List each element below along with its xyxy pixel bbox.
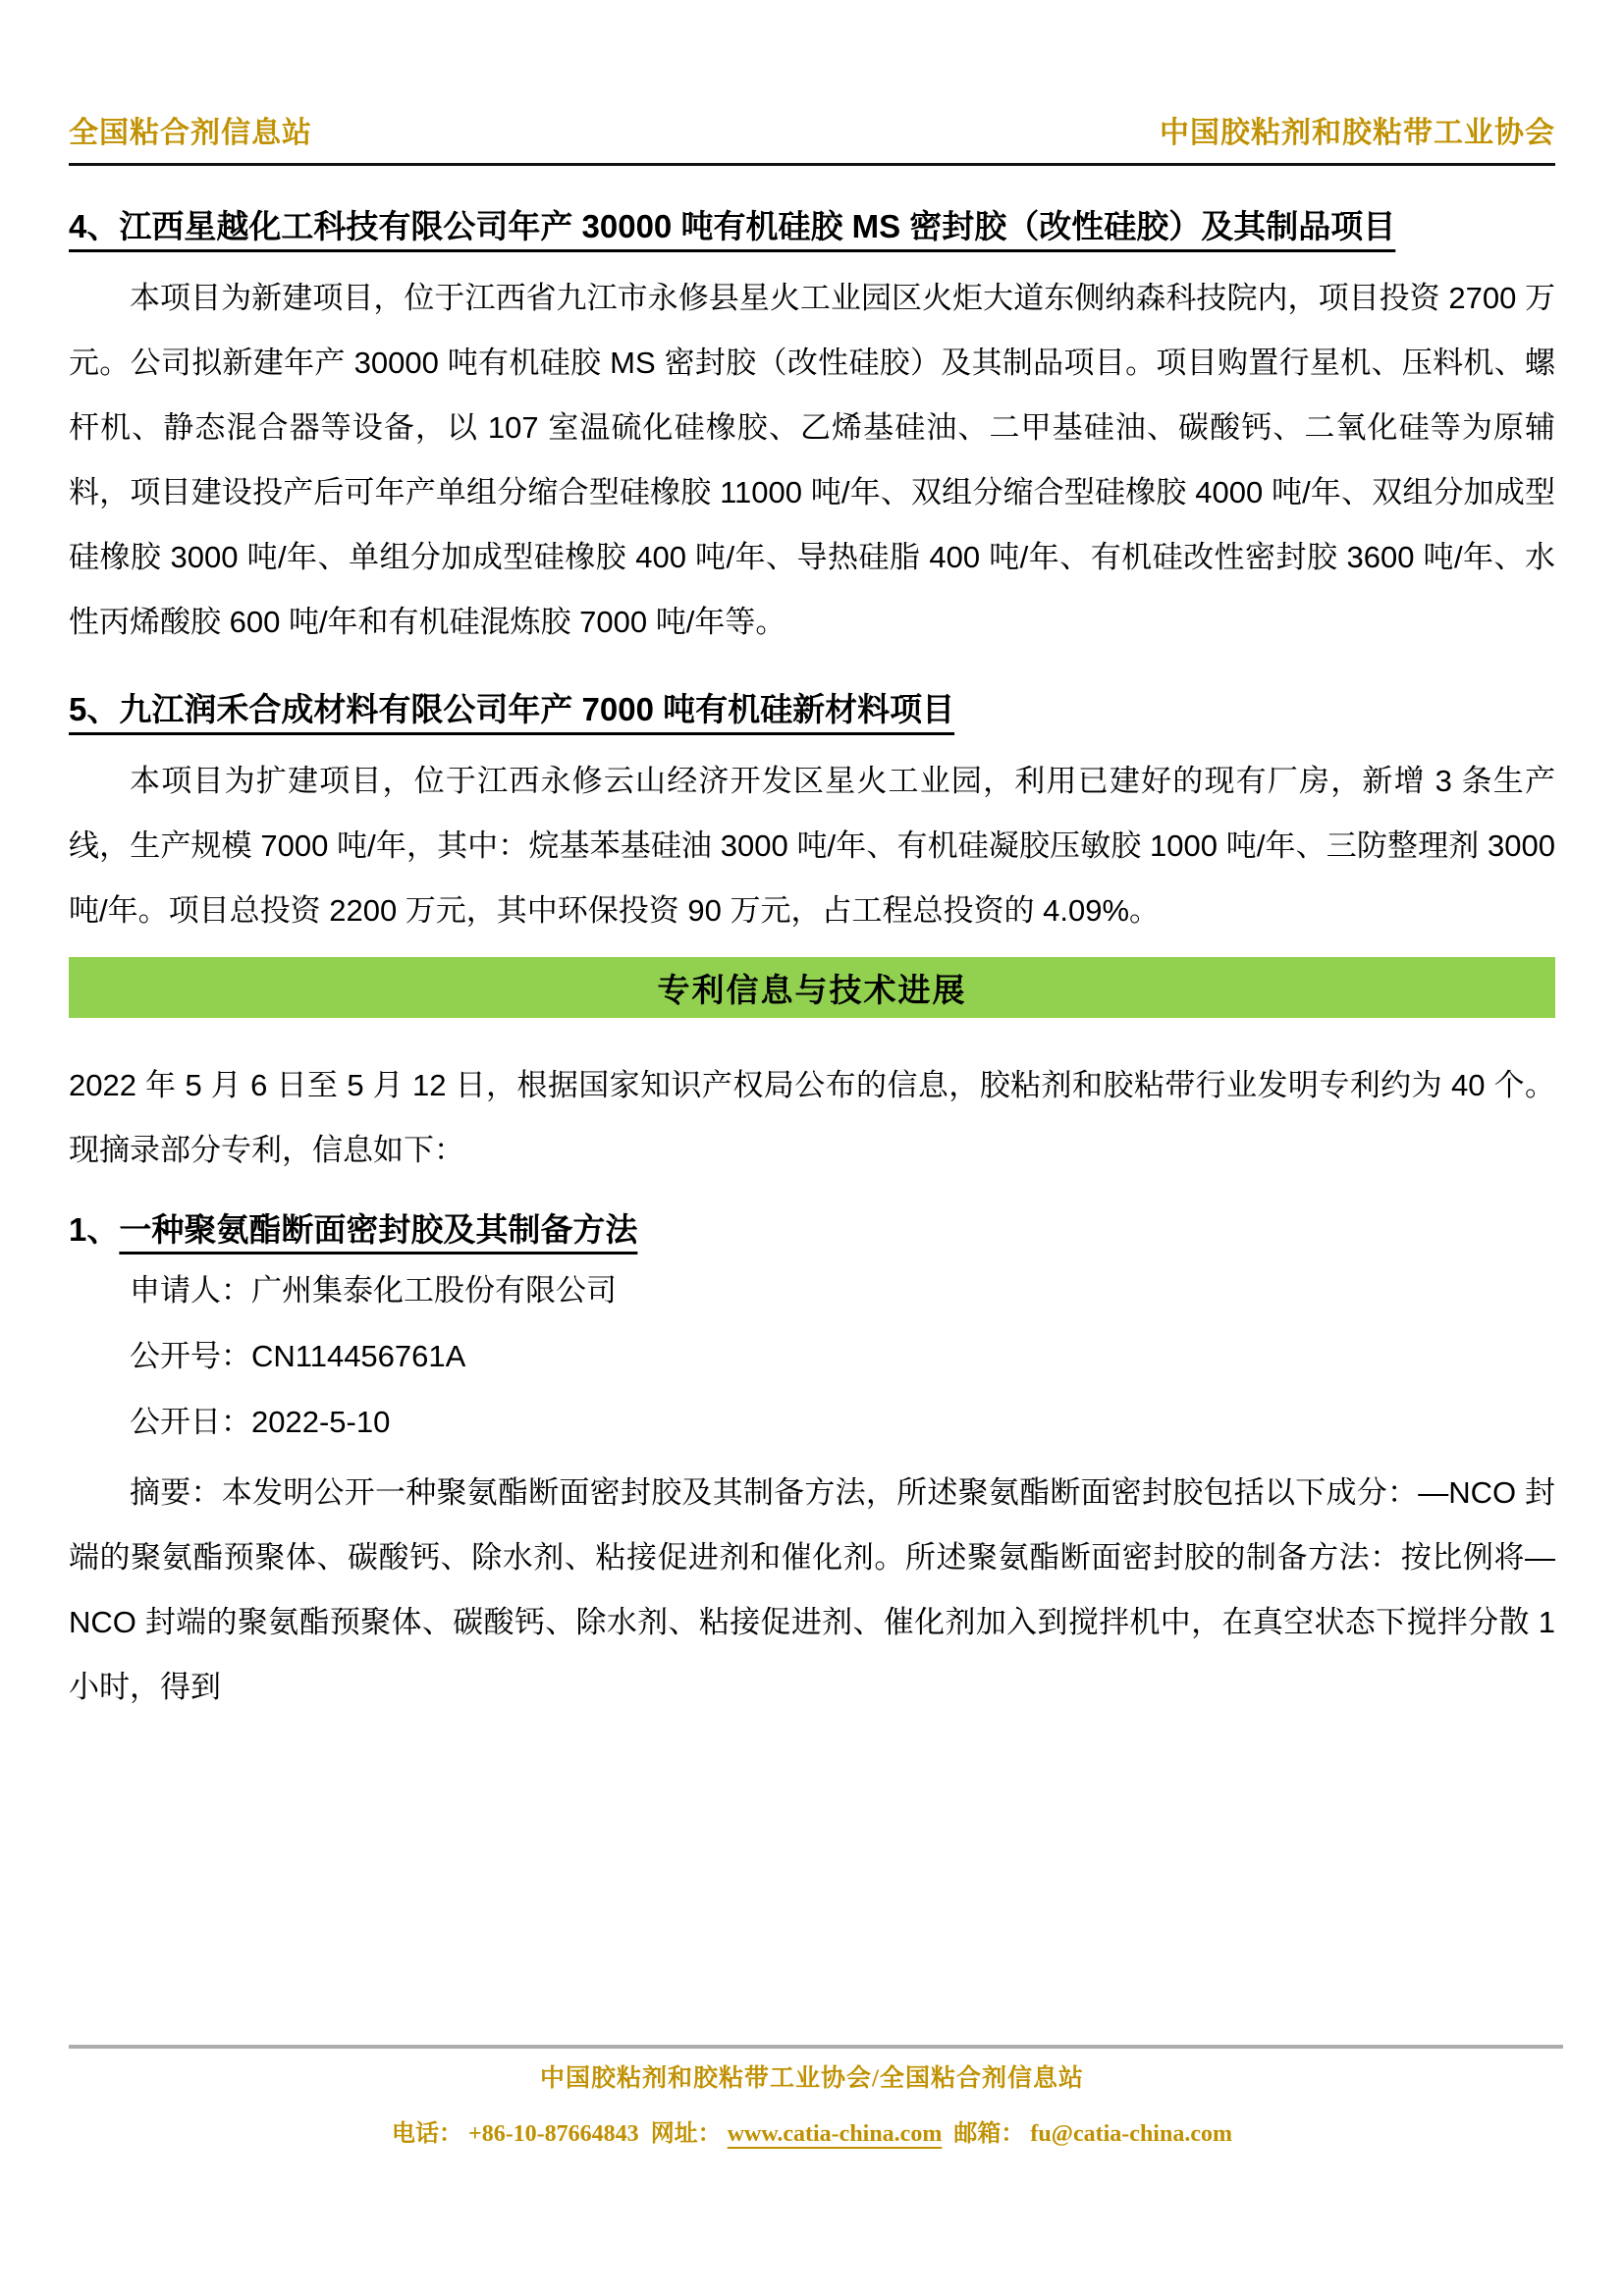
footer-separator-line [69,2045,1563,2049]
patent-intro: 2022 年 5 月 6 日至 5 月 12 日，根据国家知识产权局公布的信息，… [69,1053,1555,1183]
footer-contact-line: 电话：+86-10-87664843 网址：www.catia-china.co… [0,2113,1624,2148]
footer-phone-label: 电话： [392,2121,462,2147]
patent-1-abstract: 摘要：本发明公开一种聚氨酯断面密封胶及其制备方法，所述聚氨酯断面密封胶包括以下成… [69,1461,1555,1720]
footer-org-line: 中国胶粘剂和胶粘带工业协会/全国粘合剂信息站 [0,2058,1624,2094]
document-page: 全国粘合剂信息站 中国胶粘剂和胶粘带工业协会 4、江西星越化工科技有限公司年产 … [0,0,1624,2296]
section-4-heading: 4、江西星越化工科技有限公司年产 30000 吨有机硅胶 MS 密封胶（改性硅胶… [69,187,1555,266]
header-right-title: 中国胶粘剂和胶粘带工业协会 [1160,108,1555,151]
patent-1-publication-date-row: 公开日：2022-5-10 [69,1389,1555,1455]
footer-phone-number: +86-10-87664843 [468,2121,639,2147]
footer-website-link[interactable]: www.catia-china.com [728,2121,943,2147]
patent-section-banner-title: 专利信息与技术进展 [658,965,967,1011]
patent-1-title: 一种聚氨酯断面密封胶及其制备方法 [119,1211,637,1248]
page-header: 全国粘合剂信息站 中国胶粘剂和胶粘带工业协会 [69,108,1555,166]
footer-web-label: 网址： [651,2121,722,2147]
patent-1-applicant-row: 申请人：广州集泰化工股份有限公司 [69,1257,1555,1323]
field-value: 广州集泰化工股份有限公司 [251,1273,617,1308]
page-footer: 中国胶粘剂和胶粘带工业协会/全国粘合剂信息站 电话：+86-10-8766484… [0,2058,1624,2148]
field-value: 2022-5-10 [251,1405,390,1439]
field-label: 公开日： [130,1405,251,1439]
section-5-body: 本项目为扩建项目，位于江西永修云山经济开发区星火工业园，利用已建好的现有厂房，新… [69,749,1555,943]
patent-1-publication-number-row: 公开号：CN114456761A [69,1323,1555,1389]
field-label: 公开号： [130,1339,251,1373]
field-label: 申请人： [130,1273,251,1308]
field-value: CN114456761A [251,1339,465,1373]
footer-mail-label: 邮箱： [953,2121,1024,2147]
section-5-heading: 5、九江润禾合成材料有限公司年产 7000 吨有机硅新材料项目 [69,670,1555,749]
footer-email-address: fu@catia-china.com [1030,2121,1232,2147]
patent-1-heading: 1、一种聚氨酯断面密封胶及其制备方法 [69,1202,1555,1257]
header-left-title: 全国粘合剂信息站 [69,108,312,151]
section-4-body: 本项目为新建项目，位于江西省九江市永修县星火工业园区火炬大道东侧纳森科技院内，项… [69,266,1555,655]
patent-section-banner: 专利信息与技术进展 [69,957,1555,1018]
patent-1-number: 1、 [69,1211,119,1248]
